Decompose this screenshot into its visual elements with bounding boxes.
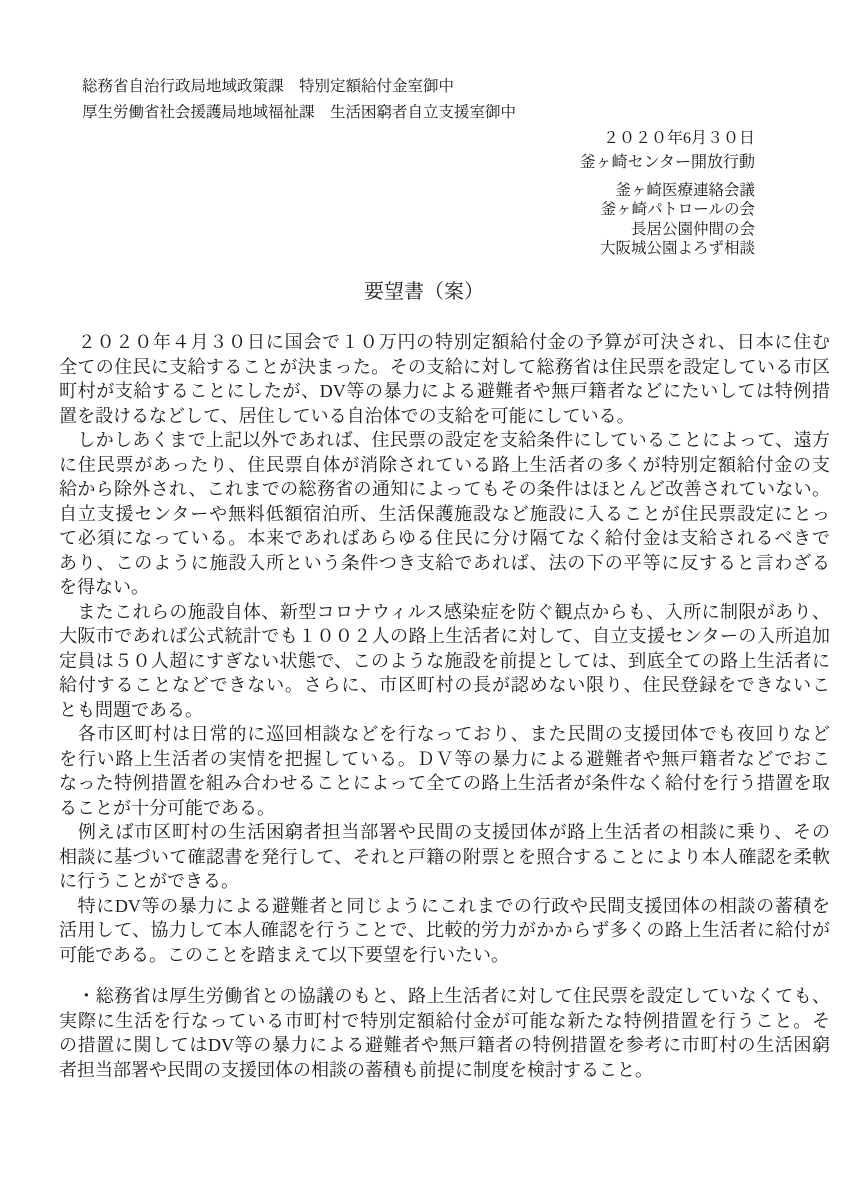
body-paragraph: 例えば市区町村の生活困窮者担当部署や民間の支援団体が路上生活者の相談に乗り、その… [59, 820, 830, 894]
body-line: 各市区町村は日常的に巡回相談などを行なっており、また民間の支援団体でも夜回りなど [59, 722, 830, 747]
document-title: 要望書（案） [0, 281, 848, 303]
body-line: 給から除外され、これまでの総務省の通知によってもその条件はほとんど改善されていな… [59, 477, 830, 502]
body-line: 自立支援センターや無料低額宿泊所、生活保護施設など施設に入ることが住民票設定にと… [59, 502, 830, 527]
body-line: を得ない。 [59, 575, 830, 600]
document-page: 総務省自治行政局地域政策課 特別定額給付金室御中厚生労働省社会援護局地域福祉課 … [0, 0, 848, 1200]
body-line: ・総務省は厚生労働省との協議のもと、路上生活者に対して住民票を設定していなくても… [59, 984, 830, 1009]
body-line: 実際に生活を行なっている市町村で特別定額給付金が可能な新たな特例措置を行うこと。… [59, 1009, 830, 1034]
recipient-block: 総務省自治行政局地域政策課 特別定額給付金室御中厚生労働省社会援護局地域福祉課 … [82, 74, 516, 125]
body-line: なった特例措置を組み合わせることによって全ての路上生活者が条件なく給付を行う措置… [59, 771, 830, 796]
sender-main: 釜ヶ崎センター開放行動 [580, 151, 755, 175]
body-line: に行うことができる。 [59, 869, 830, 894]
body-paragraph: ２０２０年４月３０日に国会で１０万円の特別定額給付金の予算が可決され、日本に住む… [59, 330, 830, 428]
body-paragraph: またこれらの施設自体、新型コロナウィルス感染症を防ぐ観点からも、入所に制限があり… [59, 600, 830, 723]
body-paragraph: しかしあくまで上記以外であれば、住民票の設定を支給条件にしていることによって、遠… [59, 428, 830, 600]
recipient-line: 総務省自治行政局地域政策課 特別定額給付金室御中 [82, 74, 516, 100]
body-line: とも問題である。 [59, 698, 830, 723]
org-signature-block: 釜ヶ崎医療連絡会議釜ヶ崎パトロールの会長居公園仲間の会大阪城公園よろず相談 [600, 181, 755, 258]
body-line: 活用して、協力して本人確認を行うことで、比較的労力がかからず多くの路上生活者に給… [59, 918, 830, 943]
body-line: 相談に基づいて確認書を発行して、それと戸籍の附票とを照合することにより本人確認を… [59, 845, 830, 870]
org-line: 釜ヶ崎パトロールの会 [600, 200, 755, 219]
body-line: 者担当部署や民間の支援団体の相談の蓄積も前提に制度を検討すること。 [59, 1058, 830, 1083]
body-line: 可能である。このことを踏まえて以下要望を行いたい。 [59, 943, 830, 968]
body-line: 大阪市であれば公式統計でも１００２人の路上生活者に対して、自立支援センターの入所… [59, 624, 830, 649]
body-line: ２０２０年４月３０日に国会で１０万円の特別定額給付金の予算が可決され、日本に住む [59, 330, 830, 355]
org-line: 釜ヶ崎医療連絡会議 [600, 181, 755, 200]
body-line: しかしあくまで上記以外であれば、住民票の設定を支給条件にしていることによって、遠… [59, 428, 830, 453]
body-line: に住民票があったり、住民票自体が消除されている路上生活者の多くが特別定額給付金の… [59, 453, 830, 478]
body-line: を行い路上生活者の実情を把握している。ＤＶ等の暴力による避難者や無戸籍者などでお… [59, 747, 830, 772]
body-line: ることが十分可能である。 [59, 796, 830, 821]
body-paragraph: ・総務省は厚生労働省との協議のもと、路上生活者に対して住民票を設定していなくても… [59, 984, 830, 1082]
body-line: またこれらの施設自体、新型コロナウィルス感染症を防ぐ観点からも、入所に制限があり… [59, 600, 830, 625]
body-line: て必須になっている。本来であればあらゆる住民に分け隔てなく給付金は支給されるべき… [59, 526, 830, 551]
body-line: 全ての住民に支給することが決まった。その支給に対して総務省は住民票を設定している… [59, 355, 830, 380]
body-line: 定員は５０人超にすぎない状態で、このような施設を前提としては、到底全ての路上生活… [59, 649, 830, 674]
body-line: 特にDV等の暴力による避難者と同じようにこれまでの行政や民間支援団体の相談の蓄積… [59, 894, 830, 919]
body-line: 給付することなどできない。さらに、市区町村の長が認めない限り、住民登録をできない… [59, 673, 830, 698]
org-line: 大阪城公園よろず相談 [600, 239, 755, 258]
recipient-line: 厚生労働省社会援護局地域福祉課 生活困窮者自立支援室御中 [82, 100, 516, 126]
body-line: 置を設けるなどして、居住している自治体での支給を可能にしている。 [59, 404, 830, 429]
body-paragraph: 各市区町村は日常的に巡回相談などを行なっており、また民間の支援団体でも夜回りなど… [59, 722, 830, 820]
document-date: ２０２０年6月３０日 [580, 127, 755, 151]
body-line: の措置に関してはDV等の暴力による避難者や無戸籍者の特例措置を参考に市町村の生活… [59, 1033, 830, 1058]
body-line: 例えば市区町村の生活困窮者担当部署や民間の支援団体が路上生活者の相談に乗り、その [59, 820, 830, 845]
org-line: 長居公園仲間の会 [600, 220, 755, 239]
body-paragraph: 特にDV等の暴力による避難者と同じようにこれまでの行政や民間支援団体の相談の蓄積… [59, 894, 830, 968]
body-line: あり、このように施設入所という条件つき支給であれば、法の下の平等に反すると言わざ… [59, 551, 830, 576]
document-body: ２０２０年４月３０日に国会で１０万円の特別定額給付金の予算が可決され、日本に住む… [59, 330, 830, 1082]
date-block: ２０２０年6月３０日 釜ヶ崎センター開放行動 [580, 127, 755, 174]
body-line: 町村が支給することにしたが、DV等の暴力による避難者や無戸籍者などにたいしては特… [59, 379, 830, 404]
